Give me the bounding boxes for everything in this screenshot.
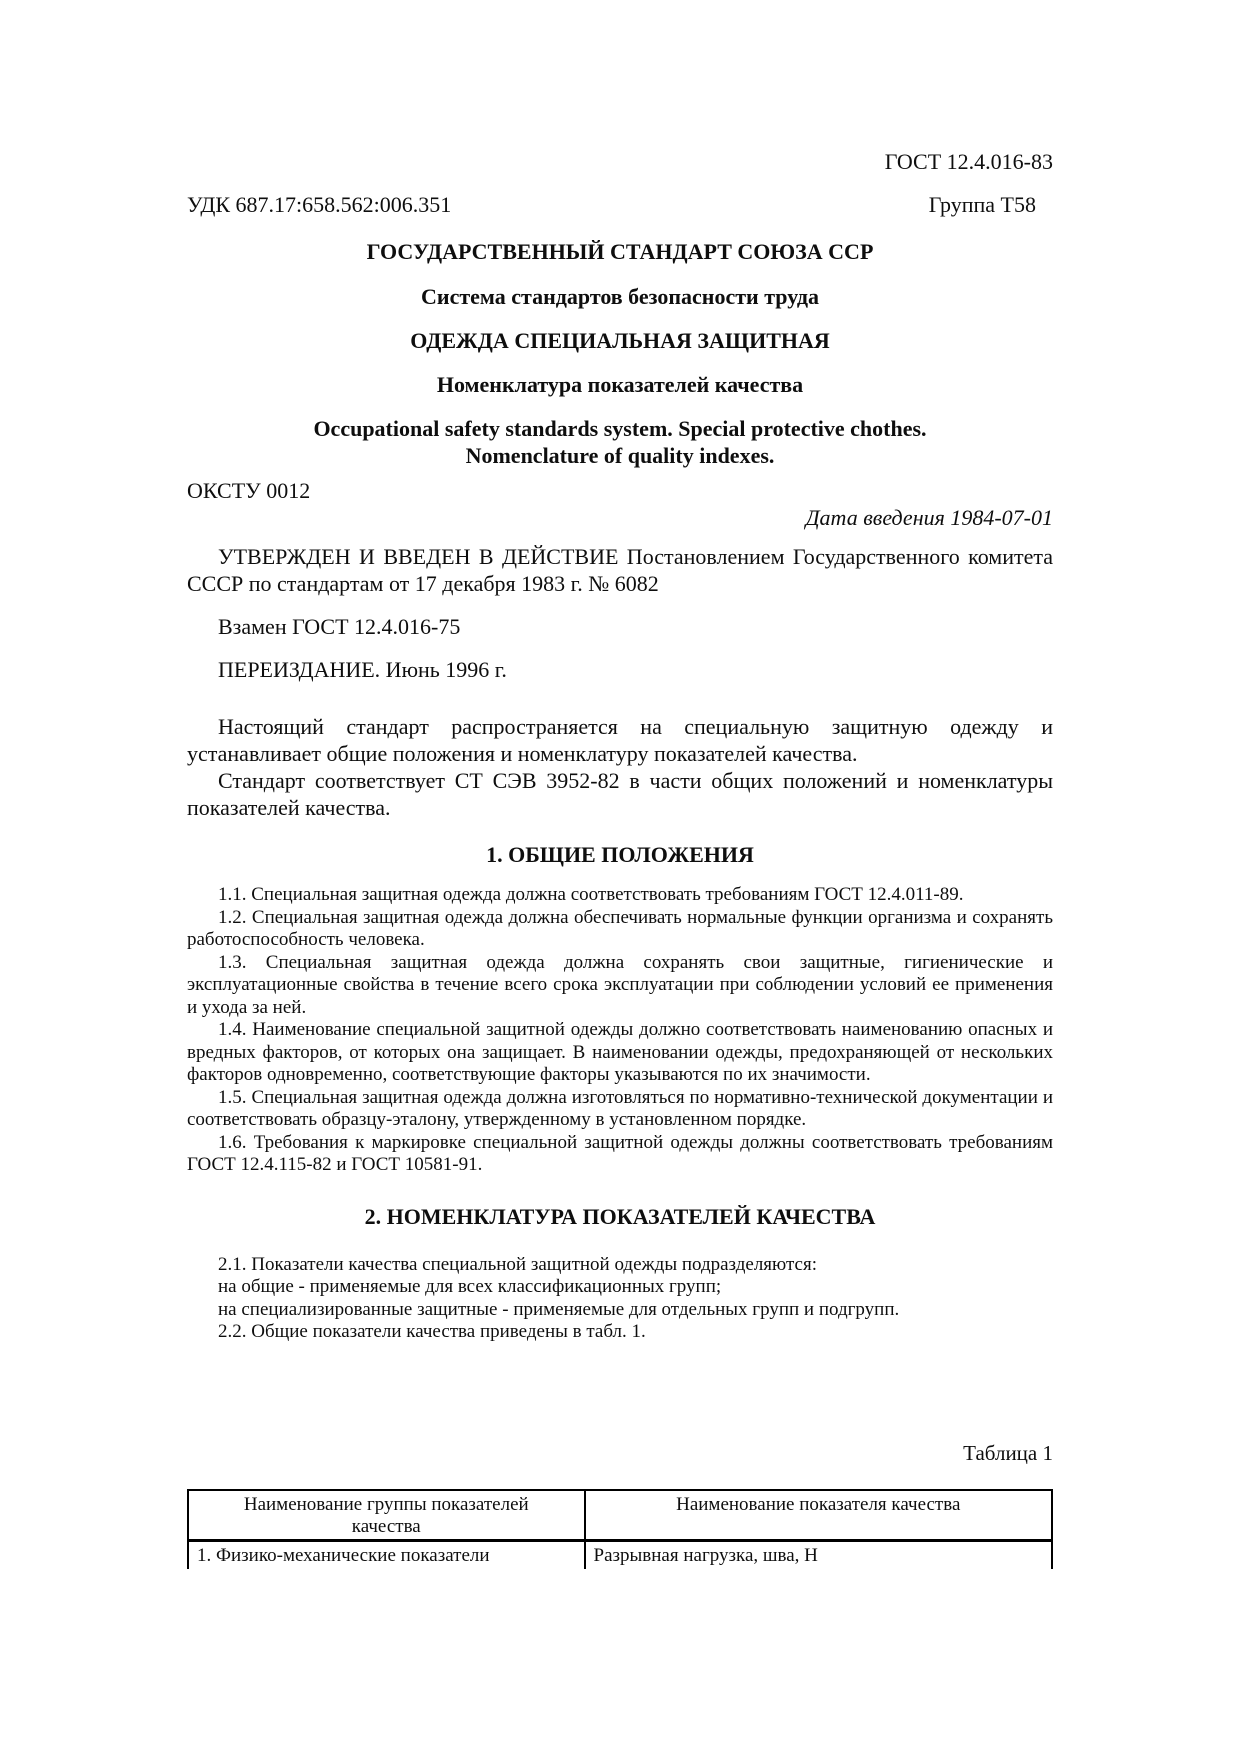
udk-code: УДК 687.17:658.562:006.351 bbox=[187, 191, 451, 218]
clause-2-1-item-general: на общие - применяемые для всех классифи… bbox=[187, 1276, 1053, 1299]
okstu-code: ОКСТУ 0012 bbox=[187, 477, 1053, 504]
section1-body: 1.1. Специальная защитная одежда должна … bbox=[187, 884, 1053, 1177]
scope-paragraph-1: Настоящий стандарт распространяется на с… bbox=[187, 713, 1053, 767]
section2-body: 2.1. Показатели качества специальной защ… bbox=[187, 1254, 1053, 1344]
udk-group-row: УДК 687.17:658.562:006.351 Группа Т58 bbox=[187, 191, 1053, 218]
approval-paragraph: УТВЕРЖДЕН И ВВЕДЕН В ДЕЙСТВИЕ Постановле… bbox=[187, 543, 1053, 597]
clause-2-1-item-specialized: на специализированные защитные - применя… bbox=[187, 1299, 1053, 1322]
clause-1-1: 1.1. Специальная защитная одежда должна … bbox=[187, 884, 1053, 907]
gost-number: ГОСТ 12.4.016-83 bbox=[187, 148, 1053, 175]
table1-row1-index-cell: Разрывная нагрузка, шва, Н bbox=[586, 1542, 1051, 1569]
clause-1-3: 1.3. Специальная защитная одежда должна … bbox=[187, 952, 1053, 1020]
section2-heading: 2. НОМЕНКЛАТУРА ПОКАЗАТЕЛЕЙ КАЧЕСТВА bbox=[187, 1203, 1053, 1230]
document-page: ГОСТ 12.4.016-83 УДК 687.17:658.562:006.… bbox=[0, 0, 1240, 1755]
clause-1-5: 1.5. Специальная защитная одежда должна … bbox=[187, 1087, 1053, 1132]
introduction-date: Дата введения 1984-07-01 bbox=[187, 504, 1053, 531]
table1-label: Таблица 1 bbox=[187, 1440, 1053, 1466]
scope-paragraph-2: Стандарт соответствует СТ СЭВ 3952-82 в … bbox=[187, 767, 1053, 821]
title-state-standard: ГОСУДАРСТВЕННЫЙ СТАНДАРТ СОЮЗА ССР bbox=[187, 238, 1053, 265]
reissue-note: ПЕРЕИЗДАНИЕ. Июнь 1996 г. bbox=[187, 656, 1053, 683]
clause-1-2: 1.2. Специальная защитная одежда должна … bbox=[187, 907, 1053, 952]
clause-2-2: 2.2. Общие показатели качества приведены… bbox=[187, 1321, 1053, 1344]
table1-row1-group-cell: 1. Физико-механические показатели bbox=[189, 1542, 586, 1569]
title-nomenclature: Номенклатура показателей качества bbox=[187, 371, 1053, 398]
title-english-line1: Occupational safety standards system. Sp… bbox=[187, 415, 1053, 442]
clause-1-6: 1.6. Требования к маркировке специальной… bbox=[187, 1132, 1053, 1177]
clause-1-4: 1.4. Наименование специальной защитной о… bbox=[187, 1019, 1053, 1087]
table1-header-index-column: Наименование показателя качества bbox=[586, 1491, 1051, 1542]
section1-heading: 1. ОБЩИЕ ПОЛОЖЕНИЯ bbox=[187, 841, 1053, 868]
title-english-line2: Nomenclature of quality indexes. bbox=[187, 442, 1053, 469]
replaces-note: Взамен ГОСТ 12.4.016-75 bbox=[187, 613, 1053, 640]
title-english: Occupational safety standards system. Sp… bbox=[187, 415, 1053, 469]
subtitle-safety-system: Система стандартов безопасности труда bbox=[187, 283, 1053, 310]
table1-header-group-column: Наименование группы показателей качества bbox=[189, 1491, 586, 1542]
clause-2-1: 2.1. Показатели качества специальной защ… bbox=[187, 1254, 1053, 1277]
quality-indexes-table: Наименование группы показателей качества… bbox=[187, 1489, 1053, 1569]
title-subject: ОДЕЖДА СПЕЦИАЛЬНАЯ ЗАЩИТНАЯ bbox=[187, 327, 1053, 354]
group-label: Группа Т58 bbox=[929, 191, 1053, 218]
